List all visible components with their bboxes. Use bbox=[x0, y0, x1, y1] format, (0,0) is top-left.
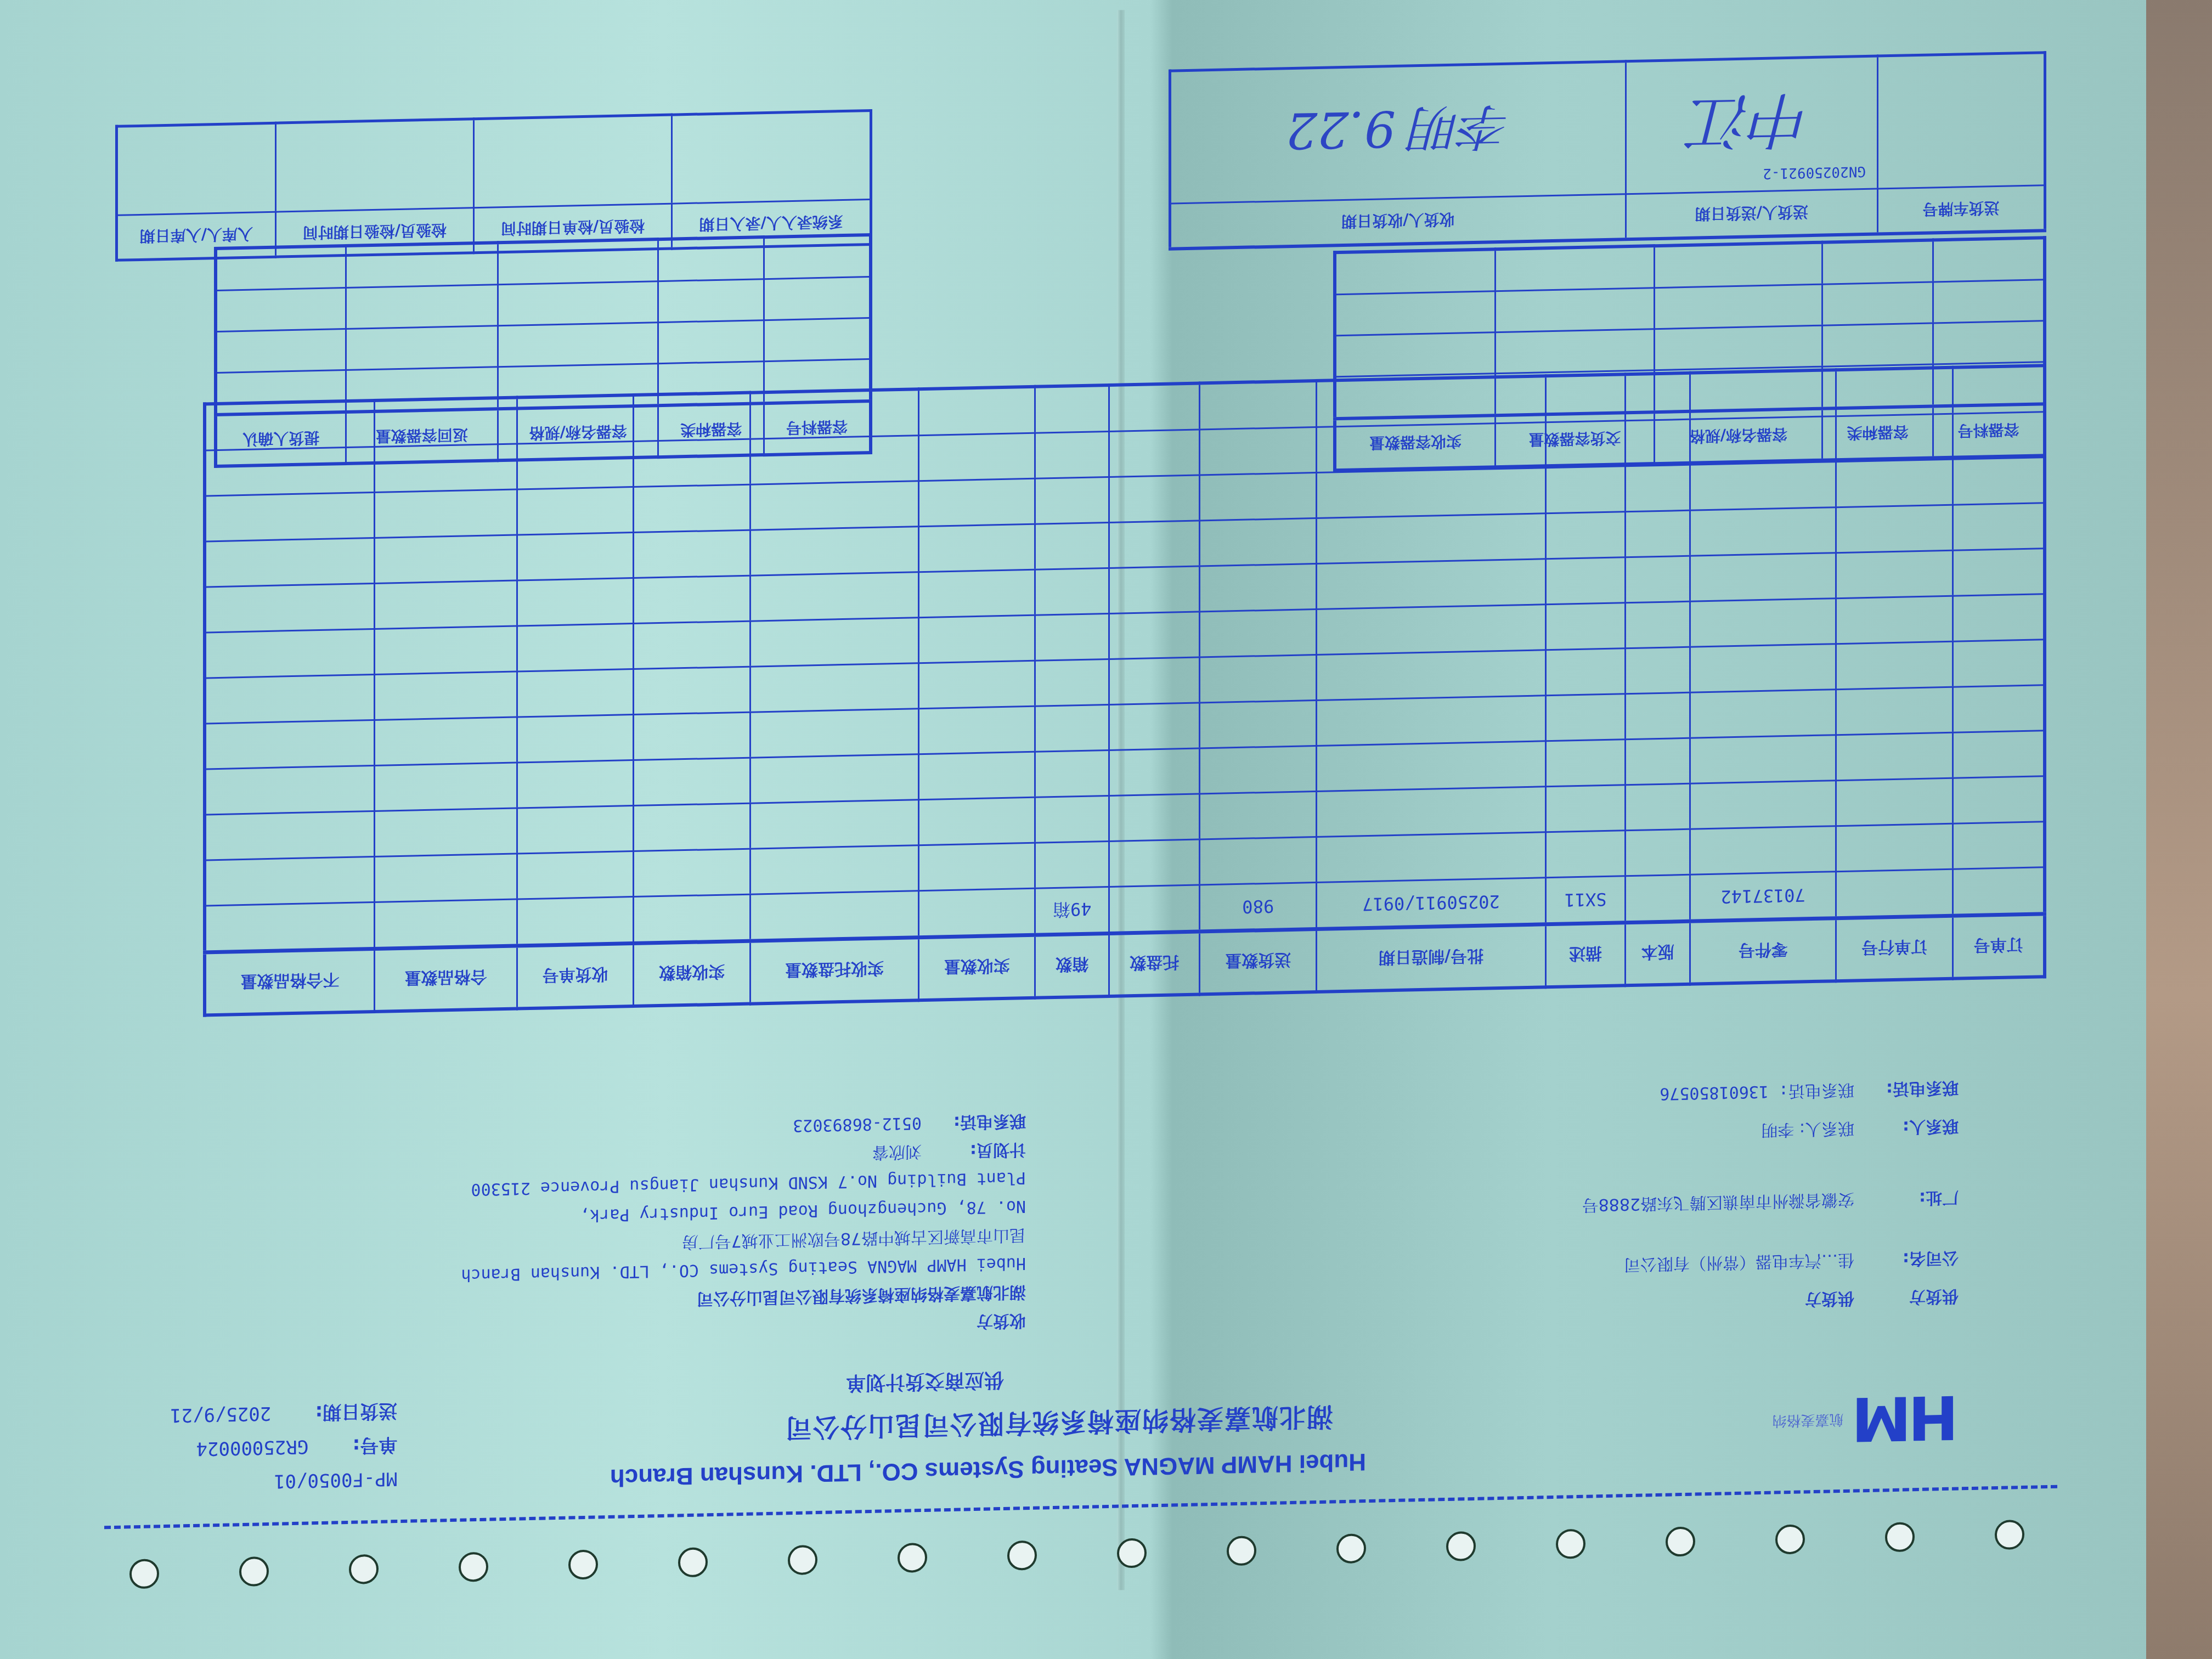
feed-hole bbox=[1007, 1541, 1037, 1571]
supplier-section-label: 供货方 bbox=[1854, 1276, 1959, 1317]
col-received-qty: 实收数量 bbox=[918, 935, 1035, 1000]
doc-number: GR25000024 bbox=[196, 1435, 309, 1459]
feed-hole bbox=[1446, 1531, 1476, 1561]
col-inspection: 检验员/检验日期时间 bbox=[275, 208, 473, 257]
feed-hole bbox=[349, 1554, 379, 1584]
supplier-address-label: 厂址: bbox=[1854, 1177, 1959, 1218]
cell-rejected-qty bbox=[205, 902, 375, 952]
feed-hole bbox=[459, 1552, 488, 1582]
col-qualified-qty: 合格品数量 bbox=[375, 946, 517, 1012]
col-returned-containers: 返回容器数量 bbox=[346, 409, 498, 464]
supplier-address: 安徽省滁州市南谯区腾飞东路2888号 bbox=[1582, 1180, 1854, 1223]
col-received-containers: 实收容器数量 bbox=[1335, 415, 1496, 470]
feed-hole bbox=[129, 1559, 159, 1589]
feed-hole bbox=[1336, 1533, 1366, 1564]
feed-hole bbox=[1995, 1520, 2024, 1550]
col-received-boxes: 实收箱数 bbox=[634, 941, 751, 1006]
delivery-note-sheet: HM 航嘉麦格纳 Hubei HAMP MAGNA Seating System… bbox=[104, 0, 2057, 1611]
cell-delivery-qty: 980 bbox=[1200, 883, 1317, 932]
col-container-type: 容器种类 bbox=[1822, 406, 1933, 460]
col-order-no: 订单号 bbox=[1953, 914, 2045, 979]
cell-description: SX11 bbox=[1545, 876, 1625, 924]
feed-hole bbox=[678, 1547, 708, 1577]
cell-order-no bbox=[1953, 867, 2045, 916]
feed-hole bbox=[1117, 1538, 1147, 1568]
col-container-no: 容器料号 bbox=[1933, 404, 2045, 458]
supplier-contact: 联系人: 李明 bbox=[1761, 1108, 1854, 1149]
cell-order-line bbox=[1836, 869, 1953, 918]
signature-row: GN20250921-2 中江 李明 9.22 bbox=[1170, 53, 2045, 204]
col-delivered-containers: 交货容器数量 bbox=[1496, 412, 1655, 467]
logo-subtitle: 航嘉麦格纳 bbox=[1772, 1410, 1843, 1430]
col-container-type: 容器种类 bbox=[658, 403, 764, 457]
company-logo: HM 航嘉麦格纳 bbox=[1772, 1381, 1959, 1455]
supplier-phone: 联系电话: 13601850576 bbox=[1660, 1070, 1854, 1112]
receiver-block: 收货方 湖北航嘉麦格纳座椅系统有限公司昆山分公司 Hubei HAMP MAGN… bbox=[148, 1106, 1026, 1353]
cell-boxes: 49箱 bbox=[1035, 887, 1109, 935]
col-deliverer: 送货人/送货日期 bbox=[1626, 189, 1877, 239]
delivery-date-row: 送货日期: 2025/9/21 bbox=[170, 1393, 397, 1432]
doc-number-row: 单号: GR25000024 bbox=[170, 1427, 397, 1466]
feed-hole bbox=[239, 1556, 269, 1587]
receiver-field[interactable]: 李明 9.22 bbox=[1170, 61, 1626, 204]
system-entry-field[interactable] bbox=[672, 111, 871, 204]
cell-part-no: 70137142 bbox=[1690, 872, 1836, 922]
supplier-company: 佳…汽车电器（常州）有限公司 bbox=[1624, 1240, 1854, 1283]
delivery-signature-table: 送货车牌号 送货人/送货日期 收货人/收货日期 GN20250921-2 中江 … bbox=[1169, 51, 2046, 251]
supplier-phone-label: 联系电话: bbox=[1854, 1068, 1959, 1108]
feed-hole bbox=[788, 1545, 817, 1575]
cell-received-qty bbox=[918, 888, 1035, 937]
cell-pallets bbox=[1109, 885, 1200, 933]
cell-received-boxes bbox=[634, 894, 751, 943]
col-receiver: 收货人/收货日期 bbox=[1170, 194, 1626, 249]
col-received-pallets: 实收托盘数量 bbox=[750, 938, 918, 1004]
feed-hole bbox=[1556, 1529, 1585, 1559]
col-batch-date: 批号/制造日期 bbox=[1317, 924, 1546, 992]
planner-label: 计划员: bbox=[922, 1135, 1026, 1165]
desk-surface bbox=[2146, 0, 2212, 1659]
col-warehousing: 入库人/入库日期 bbox=[117, 212, 276, 260]
col-pickup-confirm: 提货人确认 bbox=[216, 412, 346, 466]
delivery-date: 2025/9/21 bbox=[170, 1402, 271, 1426]
cell-batch-date: 20250911/0917 bbox=[1317, 878, 1546, 929]
col-version: 版本 bbox=[1625, 921, 1690, 985]
receiver-phone-label: 联系电话: bbox=[922, 1106, 1026, 1137]
planner-name: 刘欣睿 bbox=[872, 1137, 922, 1166]
supplier-block: 供货方供货方 公司名:佳…汽车电器（常州）有限公司 厂址:安徽省滁州市南谯区腾飞… bbox=[1136, 1068, 1959, 1331]
feed-hole bbox=[1775, 1524, 1805, 1554]
company-name-cn: 湖北航嘉麦格纳座椅系统有限公司昆山分公司 bbox=[785, 1400, 1333, 1449]
document-check-field[interactable] bbox=[474, 115, 672, 208]
feed-hole bbox=[898, 1543, 927, 1573]
col-plate-no: 送货车牌号 bbox=[1878, 185, 2045, 234]
doc-number-label: 单号: bbox=[353, 1434, 398, 1457]
col-system-entry: 系统录入人/录入日期 bbox=[672, 200, 871, 249]
receiver-phone: 0512-86893023 bbox=[793, 1108, 922, 1139]
col-boxes: 箱数 bbox=[1035, 933, 1109, 997]
cell-received-pallets bbox=[750, 891, 918, 941]
col-rejected-qty: 不合格品数量 bbox=[205, 949, 375, 1015]
supplier-contact-label: 联系人: bbox=[1854, 1106, 1959, 1147]
col-part-no: 零件号 bbox=[1690, 918, 1836, 984]
cell-version bbox=[1625, 874, 1690, 922]
warehousing-field[interactable] bbox=[117, 123, 276, 215]
receiver-signature: 李明 9.22 bbox=[1286, 97, 1510, 160]
col-container-no: 容器料号 bbox=[764, 401, 871, 455]
document-meta: MP-F0050/01 单号: GR25000024 送货日期: 2025/9/… bbox=[170, 1393, 397, 1500]
feed-hole bbox=[1227, 1536, 1256, 1566]
delivery-date-label: 送货日期: bbox=[315, 1400, 398, 1423]
col-delivery-qty: 送货数量 bbox=[1200, 929, 1317, 995]
supplier-section-value: 供货方 bbox=[1805, 1278, 1854, 1318]
col-pallets: 托盘数 bbox=[1109, 932, 1200, 996]
feed-hole bbox=[1666, 1527, 1695, 1557]
col-receipt-no: 收货单号 bbox=[517, 944, 634, 1009]
col-description: 描述 bbox=[1545, 923, 1625, 988]
col-container-spec: 容器名称/规格 bbox=[1655, 409, 1822, 464]
parties-section: 供货方供货方 公司名:佳…汽车电器（常州）有限公司 厂址:安徽省滁州市南谯区腾飞… bbox=[104, 1313, 2057, 1354]
col-document-check: 检验员/检单日期时间 bbox=[474, 204, 672, 253]
feed-hole bbox=[1885, 1522, 1915, 1552]
col-order-line: 订单行号 bbox=[1836, 916, 1953, 981]
signature-row bbox=[117, 111, 871, 216]
inspection-signature-table: 系统录入人/录入日期 检验员/检单日期时间 检验员/检验日期时间 入库人/入库日… bbox=[115, 109, 872, 262]
feed-hole bbox=[568, 1549, 598, 1579]
hm-logo-icon: HM bbox=[1854, 1381, 1959, 1454]
form-code: MP-F0050/01 bbox=[170, 1462, 397, 1500]
form-title: 供应商交货计划单 bbox=[846, 1367, 1004, 1398]
cell-receipt-no bbox=[517, 897, 634, 946]
cell-qualified-qty bbox=[375, 899, 517, 949]
deliverer-signature: 中江 bbox=[1691, 84, 1812, 157]
col-container-spec: 容器名称/规格 bbox=[498, 405, 658, 460]
deliverer-field[interactable]: GN20250921-2 中江 bbox=[1626, 56, 1877, 194]
returned-containers-table: 容器料号 容器种类 容器名称/规格 返回容器数量 提货人确认 bbox=[214, 233, 872, 468]
supplier-company-label: 公司名: bbox=[1854, 1238, 1959, 1278]
plate-no-field[interactable] bbox=[1878, 53, 2045, 189]
delivered-containers-table: 容器料号 容器种类 容器名称/规格 交货容器数量 实收容器数量 bbox=[1333, 236, 2046, 472]
inspection-field[interactable] bbox=[275, 119, 473, 212]
deliverer-code: GN20250921-2 bbox=[1763, 163, 1866, 182]
company-name-en: Hubei HAMP MAGNA Seating Systems CO., LT… bbox=[610, 1448, 1366, 1491]
